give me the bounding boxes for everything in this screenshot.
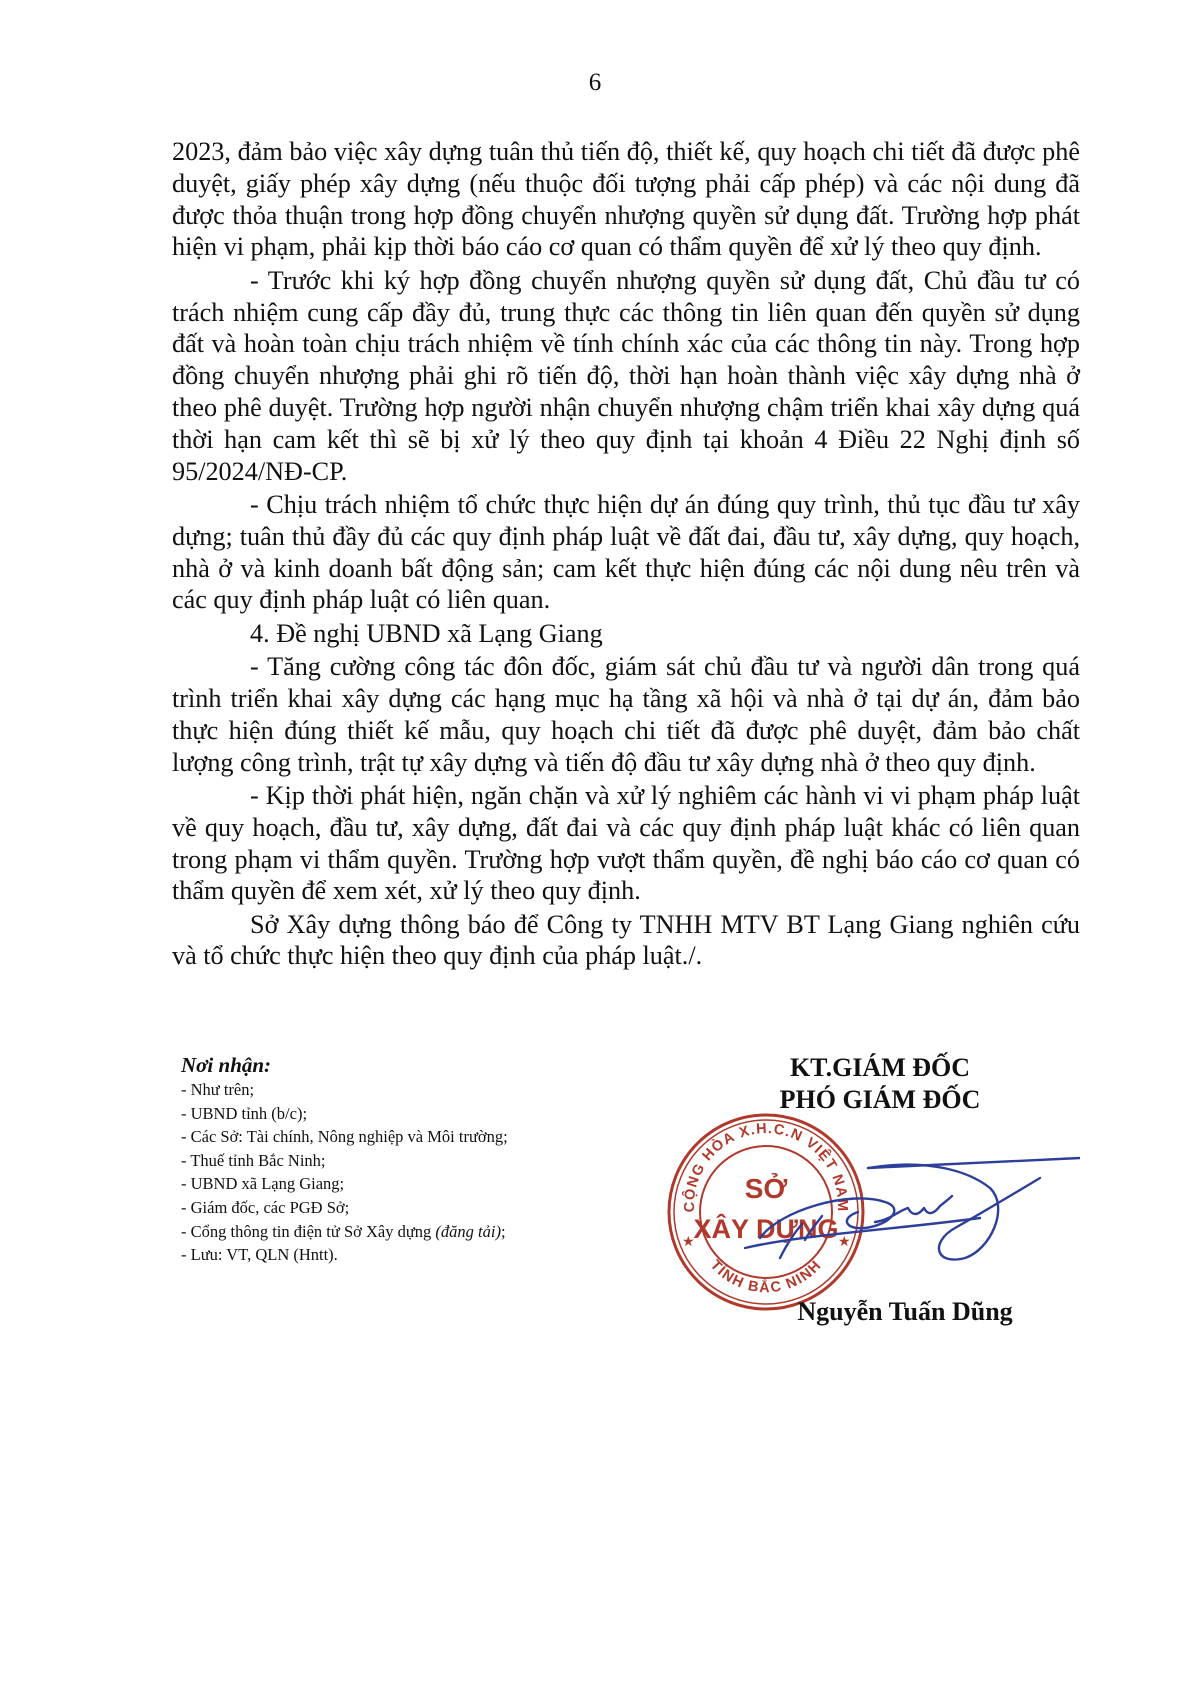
signer-block: KT.GIÁM ĐỐC PHÓ GIÁM ĐỐC bbox=[700, 1052, 1060, 1116]
recipients-block: Nơi nhận: - Như trên; - UBND tỉnh (b/c);… bbox=[181, 1052, 621, 1267]
signer-name: Nguyễn Tuấn Dũng bbox=[700, 1296, 1110, 1328]
paragraph-investor-responsibility: - Chịu trách nhiệm tổ chức thực hiện dự … bbox=[172, 489, 1080, 616]
recipients-heading: Nơi nhận: bbox=[181, 1052, 621, 1078]
recipient-item: - UBND xã Lạng Giang; bbox=[181, 1172, 621, 1196]
recipient-item-note: (đăng tải) bbox=[435, 1222, 501, 1241]
recipient-item: - Lưu: VT, QLN (Hntt). bbox=[181, 1243, 621, 1267]
page-number: 6 bbox=[0, 68, 1190, 98]
recipient-item-portal: - Cổng thông tin điện tử Sở Xây dựng (đă… bbox=[181, 1220, 621, 1244]
recipient-item: - Giám đốc, các PGĐ Sở; bbox=[181, 1196, 621, 1220]
section-heading-commune-request: 4. Đề nghị UBND xã Lạng Giang bbox=[172, 618, 1080, 650]
recipient-item: - UBND tỉnh (b/c); bbox=[181, 1102, 621, 1126]
recipient-item-text: - Cổng thông tin điện tử Sở Xây dựng bbox=[181, 1222, 435, 1241]
recipient-item-tail: ; bbox=[501, 1222, 506, 1241]
recipient-item: - Như trên; bbox=[181, 1078, 621, 1102]
svg-text:★: ★ bbox=[682, 1233, 695, 1249]
document-body: 2023, đảm bảo việc xây dựng tuân thủ tiế… bbox=[172, 136, 1080, 974]
paragraph-continuation: 2023, đảm bảo việc xây dựng tuân thủ tiế… bbox=[172, 136, 1080, 263]
paragraph-investor-disclosure: - Trước khi ký hợp đồng chuyển nhượng qu… bbox=[172, 265, 1080, 488]
paragraph-violation-handling: - Kịp thời phát hiện, ngăn chặn và xử lý… bbox=[172, 780, 1080, 907]
recipient-item: - Thuế tỉnh Bắc Ninh; bbox=[181, 1149, 621, 1173]
handwritten-signature-icon bbox=[740, 1150, 1080, 1270]
paragraph-closing: Sở Xây dựng thông báo để Công ty TNHH MT… bbox=[172, 909, 1080, 973]
recipient-item: - Các Sở: Tài chính, Nông nghiệp và Môi … bbox=[181, 1125, 621, 1149]
paragraph-supervision: - Tăng cường công tác đôn đốc, giám sát … bbox=[172, 651, 1080, 778]
signer-title-1: KT.GIÁM ĐỐC bbox=[700, 1052, 1060, 1084]
